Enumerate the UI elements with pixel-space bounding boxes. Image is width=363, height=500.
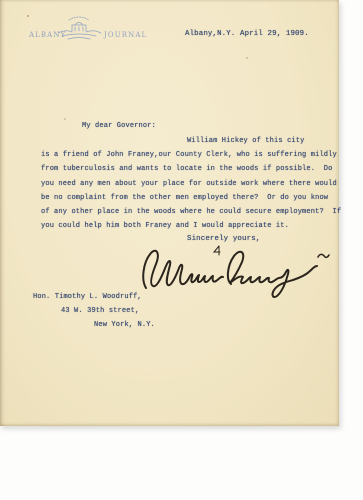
recipient-name: Hon. Timothy L. Woodruff, [33, 293, 142, 301]
body-line: of any other place in the woods where he… [41, 208, 341, 216]
scan-background: ALBANY JOURNAL Albany,N.Y. April 29, 190… [0, 0, 363, 500]
body-line: you need any men about your place for ou… [41, 180, 337, 188]
masthead-journal: JOURNAL [104, 31, 147, 39]
body-opening-line: William Hickey of this city [187, 137, 304, 145]
paper-speck [64, 118, 66, 120]
salutation: My dear Governor: [82, 122, 156, 130]
dateline: Albany,N.Y. April 29, 1909. [185, 30, 309, 38]
signature [136, 242, 341, 300]
paper-speck [27, 15, 29, 17]
recipient-city: New York, N.Y. [94, 321, 155, 329]
letter-paper: ALBANY JOURNAL Albany,N.Y. April 29, 190… [0, 0, 339, 426]
paper-speck [246, 57, 248, 59]
engraved-building-vignette-icon [56, 14, 103, 42]
body-line: be no complaint from the other men emplo… [41, 194, 328, 202]
body-line: is a friend of John Franey,our County Cl… [41, 151, 337, 159]
body-line: you could help him both Franey and I wou… [41, 222, 289, 230]
recipient-street: 43 W. 39th street, [61, 307, 139, 315]
body-line: from tuberculosis and wants to locate in… [41, 165, 333, 173]
